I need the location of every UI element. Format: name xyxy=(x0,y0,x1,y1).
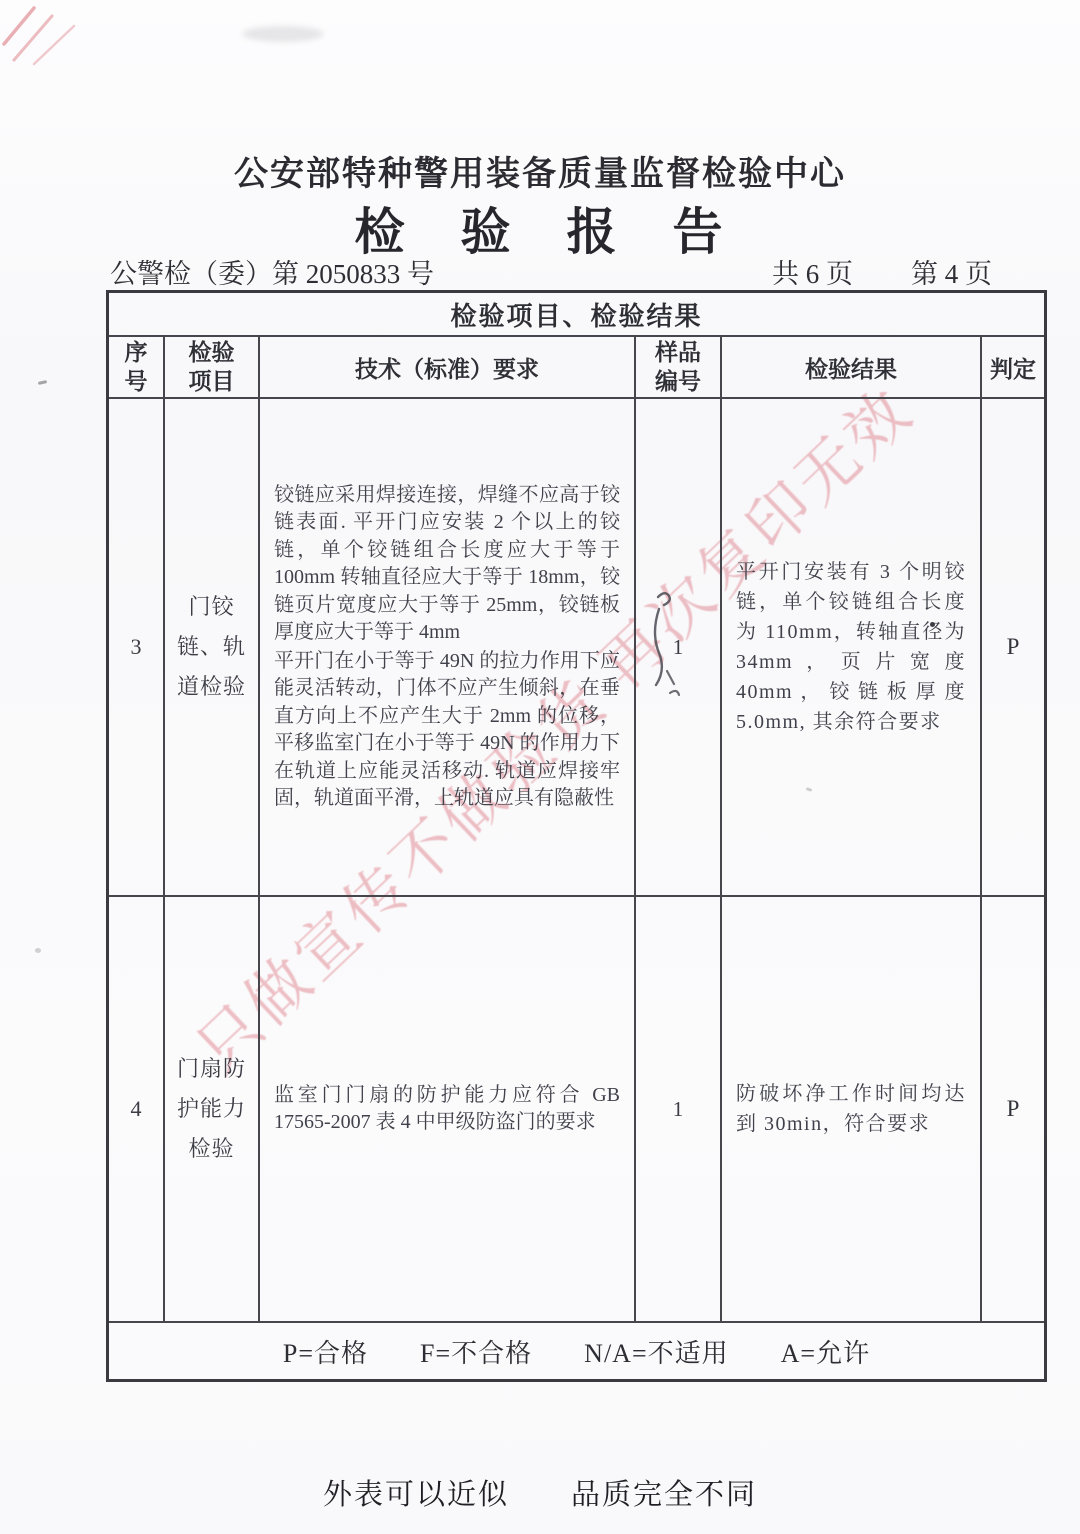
col-header-result: 检验结果 xyxy=(722,337,982,397)
report-meta-row: 公警检（委）第 2050833 号 共 6 页 第 4 页 xyxy=(0,252,1080,291)
report-number: 公警检（委）第 2050833 号 xyxy=(110,252,434,291)
scan-smudge xyxy=(242,26,324,42)
cell-item: 门铰链、轨道检验 xyxy=(165,399,260,895)
scan-speck xyxy=(35,948,41,953)
cell-result: 平开门安装有 3 个明铰链，单个铰链组合长度为 110mm，转轴直径为 34mm… xyxy=(722,399,982,895)
requirement-paragraph: 铰链应采用焊接连接，焊缝不应高于铰链表面. 平开门应安装 2 个以上的铰链，单个… xyxy=(274,482,620,647)
cell-requirement: 监室门门扇的防护能力应符合 GB 17565-2007 表 4 中甲级防盗门的要… xyxy=(260,897,636,1321)
current-page: 第 4 页 xyxy=(911,252,992,291)
result-text: 防破坏净工作时间均达到 30min，符合要求 xyxy=(736,1079,966,1139)
organization-name: 公安部特种警用装备质量监督检验中心 xyxy=(0,146,1080,195)
scan-speck xyxy=(38,380,47,385)
requirement-paragraph: 平开门在小于等于 49N 的拉力作用下应能灵活转动，门体不应产生倾斜，在垂直方向… xyxy=(274,648,620,813)
col-header-sample: 样品编号 xyxy=(636,337,722,397)
cell-sample-no: 1 xyxy=(636,897,722,1321)
table-row: 3 门铰链、轨道检验 铰链应采用焊接连接，焊缝不应高于铰链表面. 平开门应安装 … xyxy=(109,399,1044,897)
legend-pass: P=合格 xyxy=(283,1333,368,1370)
col-header-item: 检验项目 xyxy=(165,337,260,397)
cell-verdict: P xyxy=(982,399,1044,895)
verdict-value: P xyxy=(1007,1096,1020,1122)
legend-items: P=合格 F=不合格 N/A=不适用 A=允许 xyxy=(109,1323,1044,1379)
red-pen-mark xyxy=(0,0,90,70)
cell-result: 防破坏净工作时间均达到 30min，符合要求 xyxy=(722,897,982,1321)
cell-verdict: P xyxy=(982,897,1044,1321)
table-row: 4 门扇防护能力检验 监室门门扇的防护能力应符合 GB 17565-2007 表… xyxy=(109,897,1044,1323)
cell-seq: 3 xyxy=(109,399,165,895)
sample-number: 1 xyxy=(673,1097,684,1122)
footer-caption: 外表可以近似 品质完全不同 xyxy=(0,1472,1080,1513)
cell-requirement: 铰链应采用焊接连接，焊缝不应高于铰链表面. 平开门应安装 2 个以上的铰链，单个… xyxy=(260,399,636,895)
col-header-verdict: 判定 xyxy=(982,337,1044,397)
scanned-report-page: 公安部特种警用装备质量监督检验中心 检 验 报 告 公警检（委）第 205083… xyxy=(0,0,1080,1534)
total-pages: 共 6 页 xyxy=(772,252,853,291)
legend-row: P=合格 F=不合格 N/A=不适用 A=允许 xyxy=(109,1323,1044,1379)
cell-item: 门扇防护能力检验 xyxy=(165,897,260,1321)
legend-na: N/A=不适用 xyxy=(584,1333,728,1370)
verdict-value: P xyxy=(1007,634,1020,660)
inspection-table: 检验项目、检验结果 序号 检验项目 技术（标准）要求 样品编号 检验结果 判定 … xyxy=(106,290,1047,1382)
requirement-paragraph: 监室门门扇的防护能力应符合 GB 17565-2007 表 4 中甲级防盗门的要… xyxy=(274,1082,620,1137)
cell-sample-no: 1 xyxy=(636,399,722,895)
col-header-seq: 序号 xyxy=(109,337,165,397)
col-header-requirement: 技术（标准）要求 xyxy=(260,337,636,397)
legend-allow: A=允许 xyxy=(781,1333,870,1370)
legend-fail: F=不合格 xyxy=(420,1333,532,1370)
table-title: 检验项目、检验结果 xyxy=(109,293,1044,337)
handwritten-mark xyxy=(642,589,684,705)
table-header-row: 序号 检验项目 技术（标准）要求 样品编号 检验结果 判定 xyxy=(109,337,1044,399)
cell-seq: 4 xyxy=(109,897,165,1321)
result-text: 平开门安装有 3 个明铰链，单个铰链组合长度为 110mm，转轴直径为 34mm… xyxy=(736,557,966,737)
